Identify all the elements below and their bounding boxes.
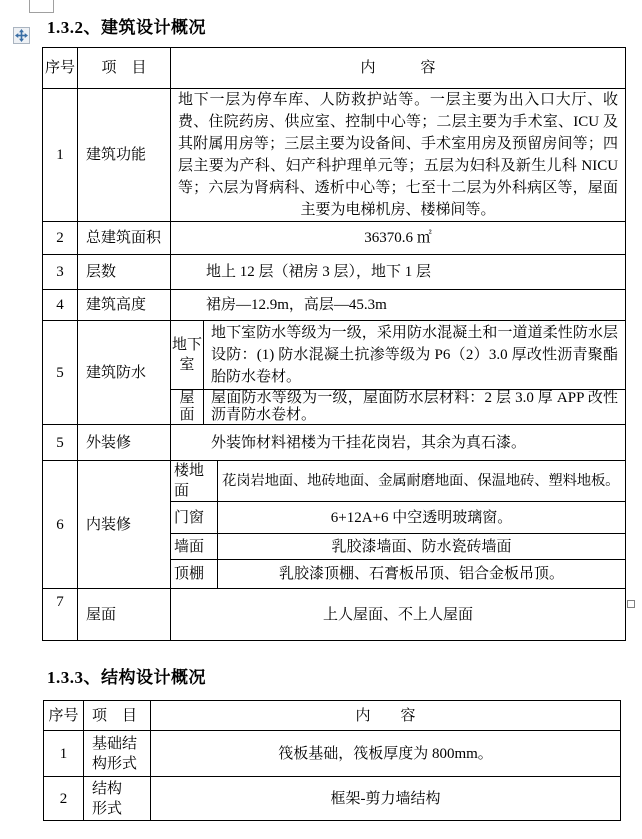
sub-item-content: 地下室防水等级为一级，采用防水混凝土和一道道柔性防水层设防：(1) 防水混凝土抗… [204, 321, 626, 390]
row-no: 5 [43, 425, 78, 461]
header-no: 序号 [43, 48, 78, 89]
sub-item-label: 屋 面 [171, 390, 204, 425]
row-no: 1 [44, 731, 84, 777]
header-item: 项 目 [84, 701, 151, 731]
row-no: 3 [43, 255, 78, 290]
section-title-building-design: 1.3.2、建筑设计概况 [47, 13, 206, 38]
row-no: 7 [43, 589, 78, 641]
table-row: 2 总建筑面积 36370.6 ㎡ [43, 222, 626, 255]
row-content: 上人屋面、不上人屋面 [171, 589, 626, 641]
row-item: 建筑功能 [78, 89, 171, 222]
row-item: 建筑高度 [78, 290, 171, 321]
row-item: 基础结 构形式 [84, 731, 151, 777]
table-row: 6 内装修 楼地面 花岗岩地面、地砖地面、金属耐磨地面、保温地砖、塑料地板。 [43, 461, 626, 502]
table-resize-handle[interactable] [627, 600, 635, 608]
previous-table-corner-box [29, 0, 54, 13]
row-content: 筏板基础，筏板厚度为 800mm。 [151, 731, 621, 777]
table-header-row: 序号 项 目 内 容 [44, 701, 621, 731]
header-no: 序号 [44, 701, 84, 731]
building-design-table: 序号 项 目 内 容 1 建筑功能 地下一层为停车库、人防救护站等。一层主要为出… [42, 47, 626, 641]
section-title-structure-design: 1.3.3、结构设计概况 [47, 663, 206, 688]
row-content: 裙房—12.9m，高层—45.3m [171, 290, 626, 321]
sub-item-content: 乳胶漆墙面、防水瓷砖墙面 [218, 534, 626, 560]
header-content: 内 容 [171, 48, 626, 89]
row-item: 结构 形式 [84, 777, 151, 821]
table-move-handle[interactable] [13, 27, 30, 44]
table-row: 5 外装修 外装饰材料裙楼为干挂花岗岩，其余为真石漆。 [43, 425, 626, 461]
row-item: 内装修 [78, 461, 171, 589]
sub-item-label: 楼地面 [171, 461, 218, 502]
sub-item-label: 门窗 [171, 502, 218, 534]
row-no: 2 [44, 777, 84, 821]
sub-item-content: 乳胶漆顶棚、石膏板吊顶、铝合金板吊顶。 [218, 560, 626, 589]
row-item: 总建筑面积 [78, 222, 171, 255]
table-row: 5 建筑防水 地下 室 地下室防水等级为一级，采用防水混凝土和一道道柔性防水层设… [43, 321, 626, 390]
row-item: 外装修 [78, 425, 171, 461]
row-no: 2 [43, 222, 78, 255]
row-item: 建筑防水 [78, 321, 171, 425]
table-row: 4 建筑高度 裙房—12.9m，高层—45.3m [43, 290, 626, 321]
row-content: 外装饰材料裙楼为干挂花岗岩，其余为真石漆。 [171, 425, 626, 461]
row-content: 框架-剪力墙结构 [151, 777, 621, 821]
sub-item-content: 花岗岩地面、地砖地面、金属耐磨地面、保温地砖、塑料地板。 [218, 461, 626, 502]
table-row: 1 基础结 构形式 筏板基础，筏板厚度为 800mm。 [44, 731, 621, 777]
row-item: 屋面 [78, 589, 171, 641]
table-row: 1 建筑功能 地下一层为停车库、人防救护站等。一层主要为出入口大厅、收费、住院药… [43, 89, 626, 222]
table-header-row: 序号 项 目 内 容 [43, 48, 626, 89]
table-row: 2 结构 形式 框架-剪力墙结构 [44, 777, 621, 821]
header-item: 项 目 [78, 48, 171, 89]
sub-item-label: 顶棚 [171, 560, 218, 589]
sub-item-label: 墙面 [171, 534, 218, 560]
structure-design-table: 序号 项 目 内 容 1 基础结 构形式 筏板基础，筏板厚度为 800mm。 2… [43, 700, 621, 821]
row-item: 层数 [78, 255, 171, 290]
row-no: 6 [43, 461, 78, 589]
move-cross-icon [15, 29, 28, 42]
sub-item-content: 屋面防水等级为一级，屋面防水层材料：2 层 3.0 厚 APP 改性沥青防水卷材… [204, 390, 626, 425]
sub-item-label: 地下 室 [171, 321, 204, 390]
row-no: 5 [43, 321, 78, 425]
row-no: 1 [43, 89, 78, 222]
table-row: 3 层数 地上 12 层（裙房 3 层），地下 1 层 [43, 255, 626, 290]
row-content: 地下一层为停车库、人防救护站等。一层主要为出入口大厅、收费、住院药房、供应室、控… [171, 89, 626, 222]
row-content: 36370.6 ㎡ [171, 222, 626, 255]
table-row: 7 屋面 上人屋面、不上人屋面 [43, 589, 626, 641]
row-content: 地上 12 层（裙房 3 层），地下 1 层 [171, 255, 626, 290]
row-no: 4 [43, 290, 78, 321]
sub-item-content: 6+12A+6 中空透明玻璃窗。 [218, 502, 626, 534]
header-content: 内 容 [151, 701, 621, 731]
